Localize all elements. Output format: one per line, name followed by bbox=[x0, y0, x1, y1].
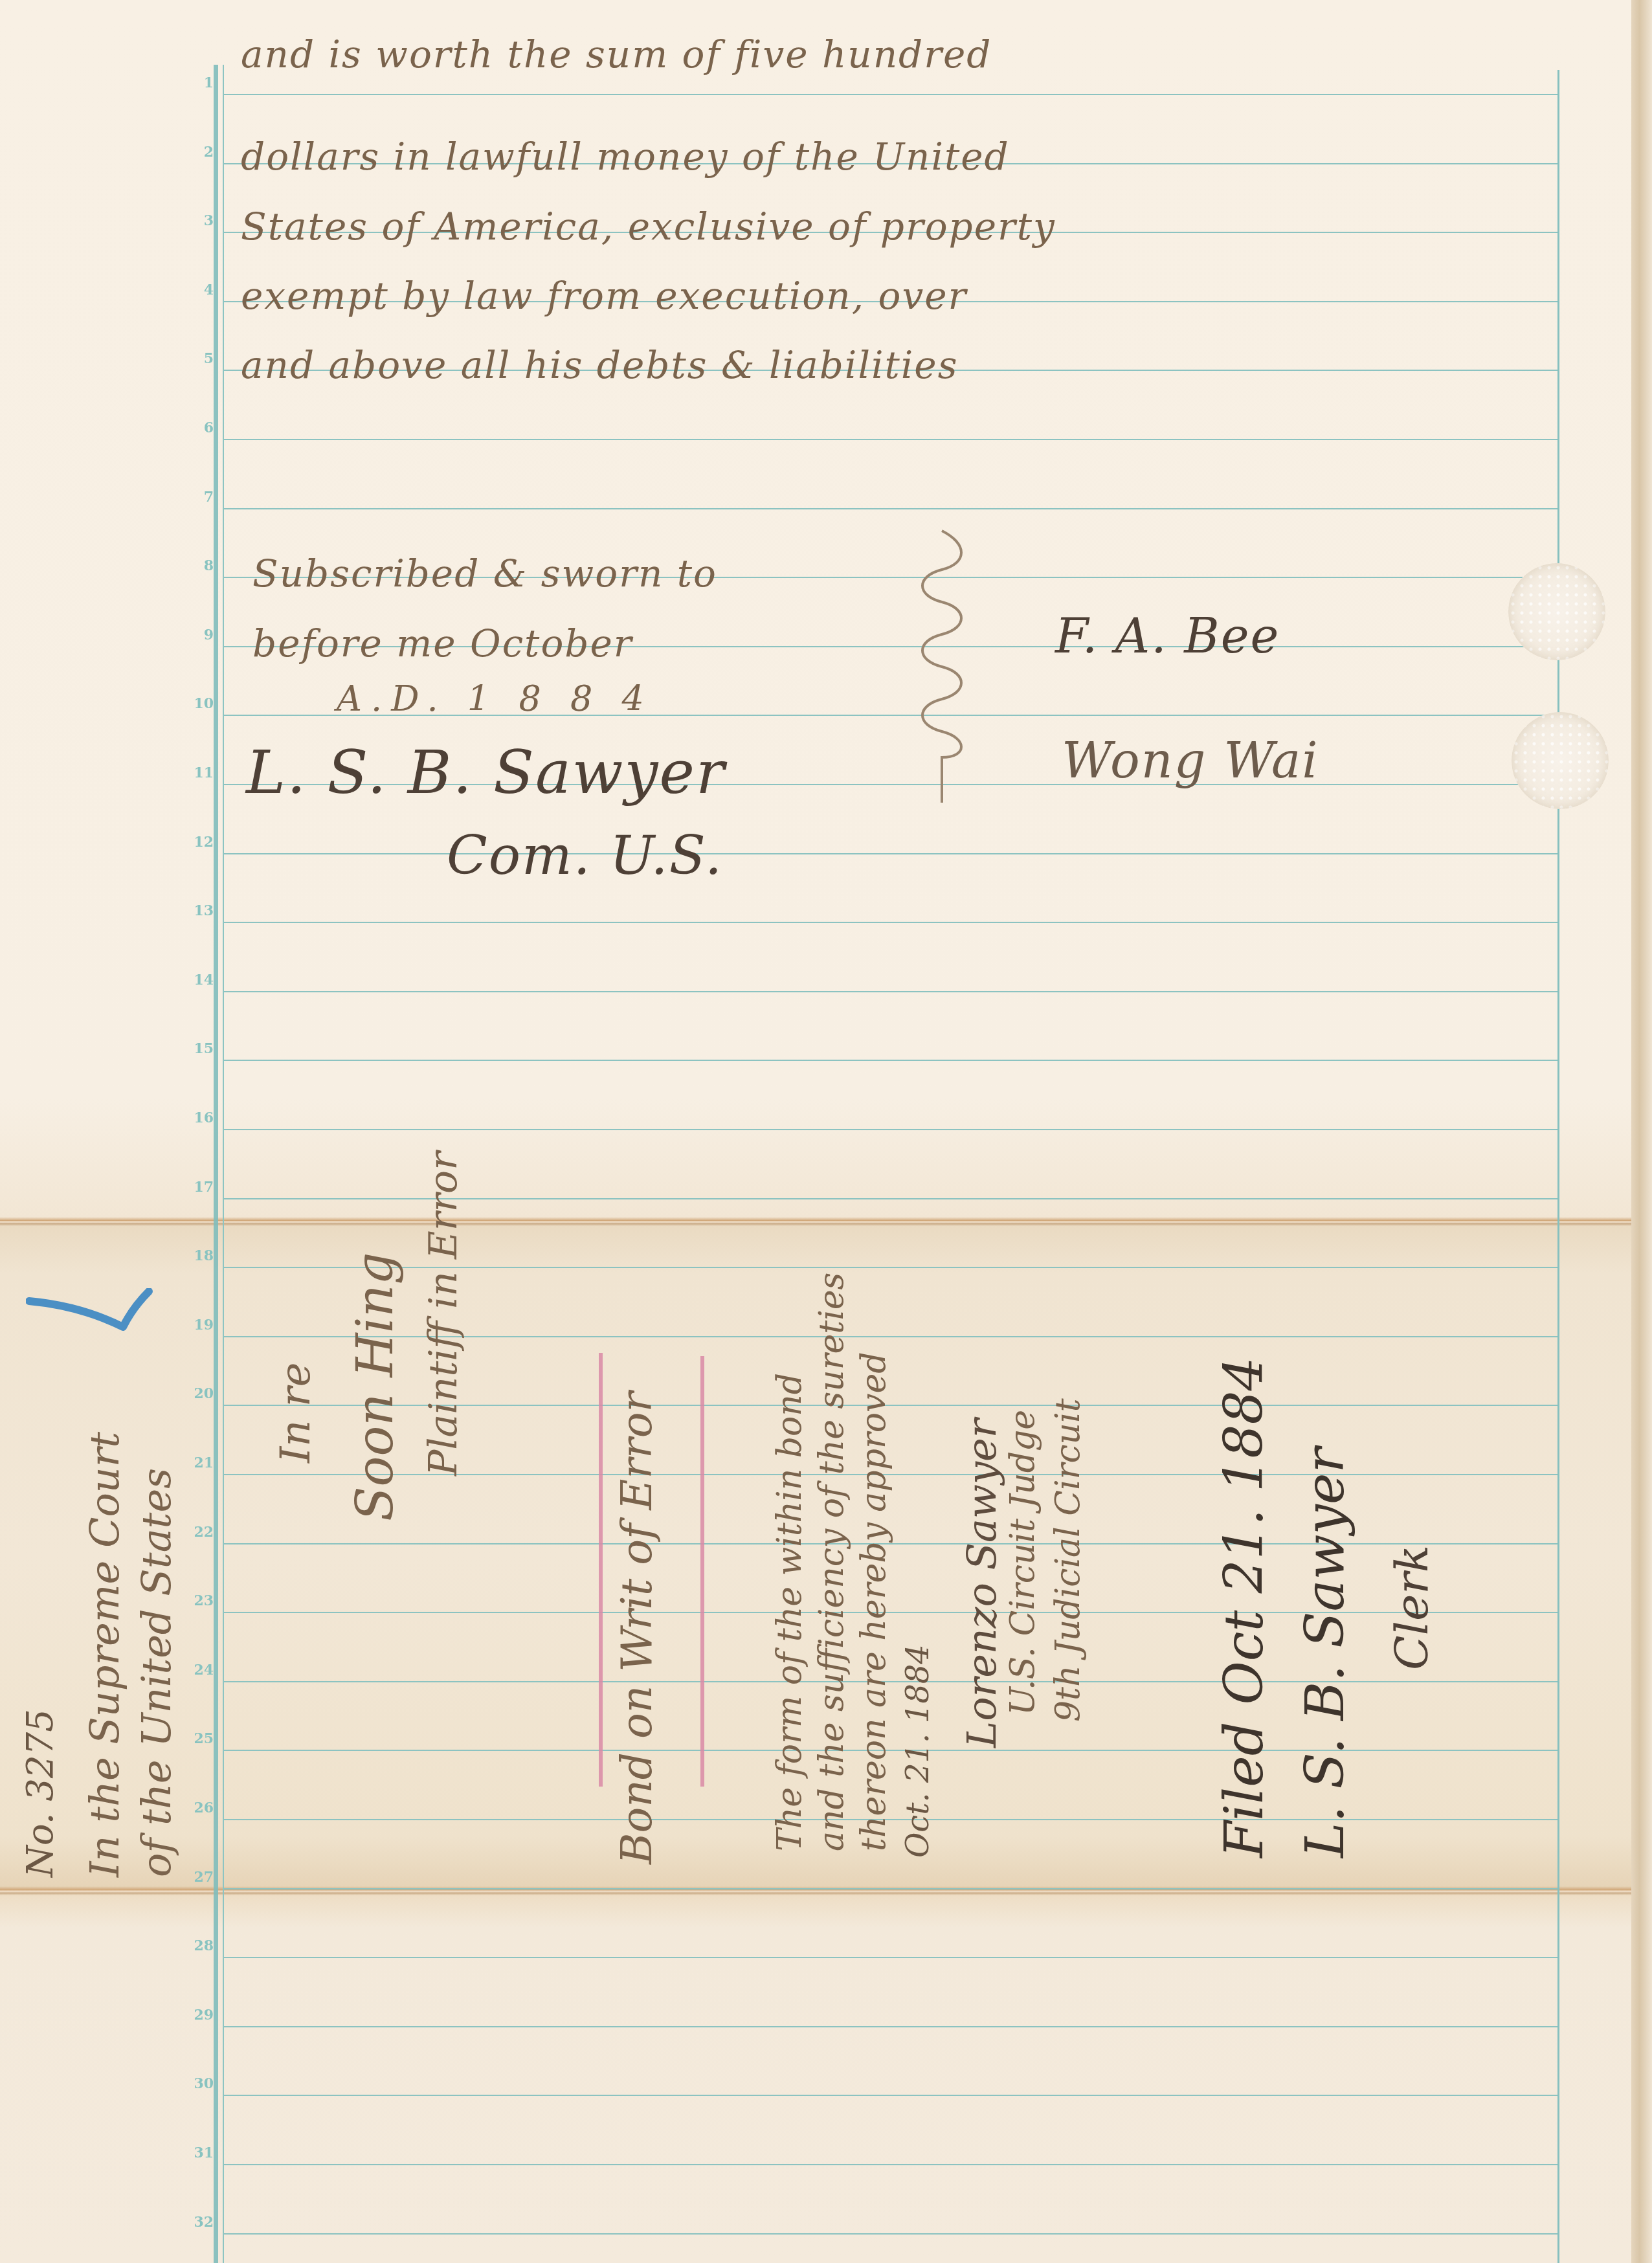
ruled-line bbox=[224, 1129, 1557, 1130]
ruled-line bbox=[224, 2164, 1557, 2165]
line-number: 18 bbox=[188, 1247, 214, 1264]
ruled-line bbox=[224, 508, 1557, 509]
in-re-label: In re bbox=[272, 1363, 320, 1463]
fold-crease-upper bbox=[0, 1217, 1652, 1226]
ruled-line bbox=[224, 439, 1557, 440]
clerk-signature: L. S. B. Sawyer bbox=[1295, 1447, 1356, 1858]
approval-date: Oct. 21. 1884 bbox=[900, 1644, 936, 1858]
court-line-2: of the United States bbox=[133, 1468, 180, 1877]
line-number: 7 bbox=[188, 489, 214, 506]
line-number: 10 bbox=[188, 695, 214, 712]
document-page: 1234567891011121314151617181920212223242… bbox=[0, 0, 1652, 2263]
notary-signature: L. S. B. Sawyer bbox=[246, 738, 726, 807]
clerk-title: Clerk bbox=[1385, 1545, 1438, 1670]
surety-signature-1: F. A. Bee bbox=[1055, 608, 1280, 664]
approval-line-2: and the sufficiency of the sureties bbox=[812, 1273, 851, 1851]
line-number: 30 bbox=[188, 2075, 214, 2092]
line-number: 11 bbox=[188, 764, 214, 781]
filed-line: Filed Oct 21. 1884 bbox=[1214, 1357, 1275, 1858]
ruled-line bbox=[224, 1060, 1557, 1061]
approval-line-3: thereon are hereby approved bbox=[854, 1352, 893, 1851]
line-number: 8 bbox=[188, 557, 214, 574]
line-number: 13 bbox=[188, 902, 214, 919]
jurat-line-2: before me October bbox=[252, 621, 633, 665]
party-name: Soon Hing bbox=[346, 1252, 405, 1521]
ruled-line bbox=[224, 853, 1557, 854]
ruled-line bbox=[224, 2026, 1557, 2027]
affidavit-line-2: dollars in lawfull money of the United bbox=[241, 135, 1010, 179]
right-margin-rule bbox=[1557, 70, 1559, 2263]
judge-title-2: 9th Judicial Circuit bbox=[1049, 1398, 1088, 1722]
left-margin-rule-thick bbox=[214, 65, 218, 2263]
embossed-seal-2 bbox=[1512, 712, 1609, 809]
ruled-line bbox=[224, 1957, 1557, 1958]
ruled-line bbox=[224, 1888, 1557, 1890]
ruled-line bbox=[224, 94, 1557, 95]
affidavit-line-4: exempt by law from execution, over bbox=[241, 274, 967, 318]
line-number: 29 bbox=[188, 2007, 214, 2023]
line-number: 21 bbox=[188, 1455, 214, 1471]
jurat-date: A.D. 1 8 8 4 bbox=[337, 678, 653, 719]
line-number: 5 bbox=[188, 350, 214, 367]
line-number: 12 bbox=[188, 834, 214, 851]
affidavit-line-5: and above all his debts & liabilities bbox=[241, 343, 958, 387]
top-fold-panel bbox=[0, 0, 1652, 1220]
line-number: 2 bbox=[188, 144, 214, 161]
paper-right-edge bbox=[1631, 0, 1652, 2263]
line-number: 1 bbox=[188, 74, 214, 91]
line-number: 3 bbox=[188, 212, 214, 229]
line-number: 17 bbox=[188, 1179, 214, 1196]
ruled-line bbox=[224, 2095, 1557, 2096]
approval-line-1: The form of the within bond bbox=[770, 1373, 809, 1851]
left-margin-rule-thin bbox=[223, 65, 224, 2263]
line-number: 19 bbox=[188, 1317, 214, 1333]
pink-rule-right bbox=[700, 1356, 704, 1787]
line-number: 25 bbox=[188, 1730, 214, 1747]
affidavit-line-3: States of America, exclusive of property bbox=[241, 205, 1056, 249]
party-role: Plaintiff in Error bbox=[421, 1152, 466, 1476]
line-number: 26 bbox=[188, 1800, 214, 1816]
line-number: 9 bbox=[188, 627, 214, 643]
line-number: 23 bbox=[188, 1592, 214, 1609]
judge-signature: Lorenzo Sawyer bbox=[958, 1419, 1005, 1748]
pink-rule-left bbox=[599, 1353, 603, 1787]
line-number: 24 bbox=[188, 1662, 214, 1678]
blue-check-mark bbox=[26, 1288, 155, 1366]
bottom-fold-panel bbox=[0, 1890, 1652, 2263]
line-number: 15 bbox=[188, 1040, 214, 1057]
judge-title-1: U.S. Circuit Judge bbox=[1003, 1410, 1042, 1715]
affidavit-line-1: and is worth the sum of five hundred bbox=[241, 32, 992, 76]
line-number: 22 bbox=[188, 1524, 214, 1541]
surety-signature-2: Wong Wai bbox=[1062, 731, 1319, 789]
court-line-1: In the Supreme Court bbox=[81, 1432, 128, 1877]
ruled-line bbox=[224, 991, 1557, 992]
line-number: 6 bbox=[188, 419, 214, 436]
line-number: 20 bbox=[188, 1385, 214, 1402]
line-number: 28 bbox=[188, 1937, 214, 1954]
ruled-line bbox=[224, 2233, 1557, 2235]
jurat-line-1: Subscribed & sworn to bbox=[252, 552, 717, 596]
embossed-seal-1 bbox=[1508, 563, 1605, 660]
line-number: 14 bbox=[188, 972, 214, 988]
line-number: 31 bbox=[188, 2145, 214, 2161]
case-number: No. 3275 bbox=[19, 1709, 61, 1877]
line-number: 4 bbox=[188, 282, 214, 298]
document-title: Bond on Writ of Error bbox=[612, 1392, 662, 1864]
line-number: 32 bbox=[188, 2214, 214, 2231]
flourish-mark bbox=[913, 524, 971, 809]
line-number: 27 bbox=[188, 1869, 214, 1886]
ruled-line bbox=[224, 922, 1557, 923]
notary-title: Com. U.S. bbox=[447, 825, 723, 887]
line-number: 16 bbox=[188, 1109, 214, 1126]
